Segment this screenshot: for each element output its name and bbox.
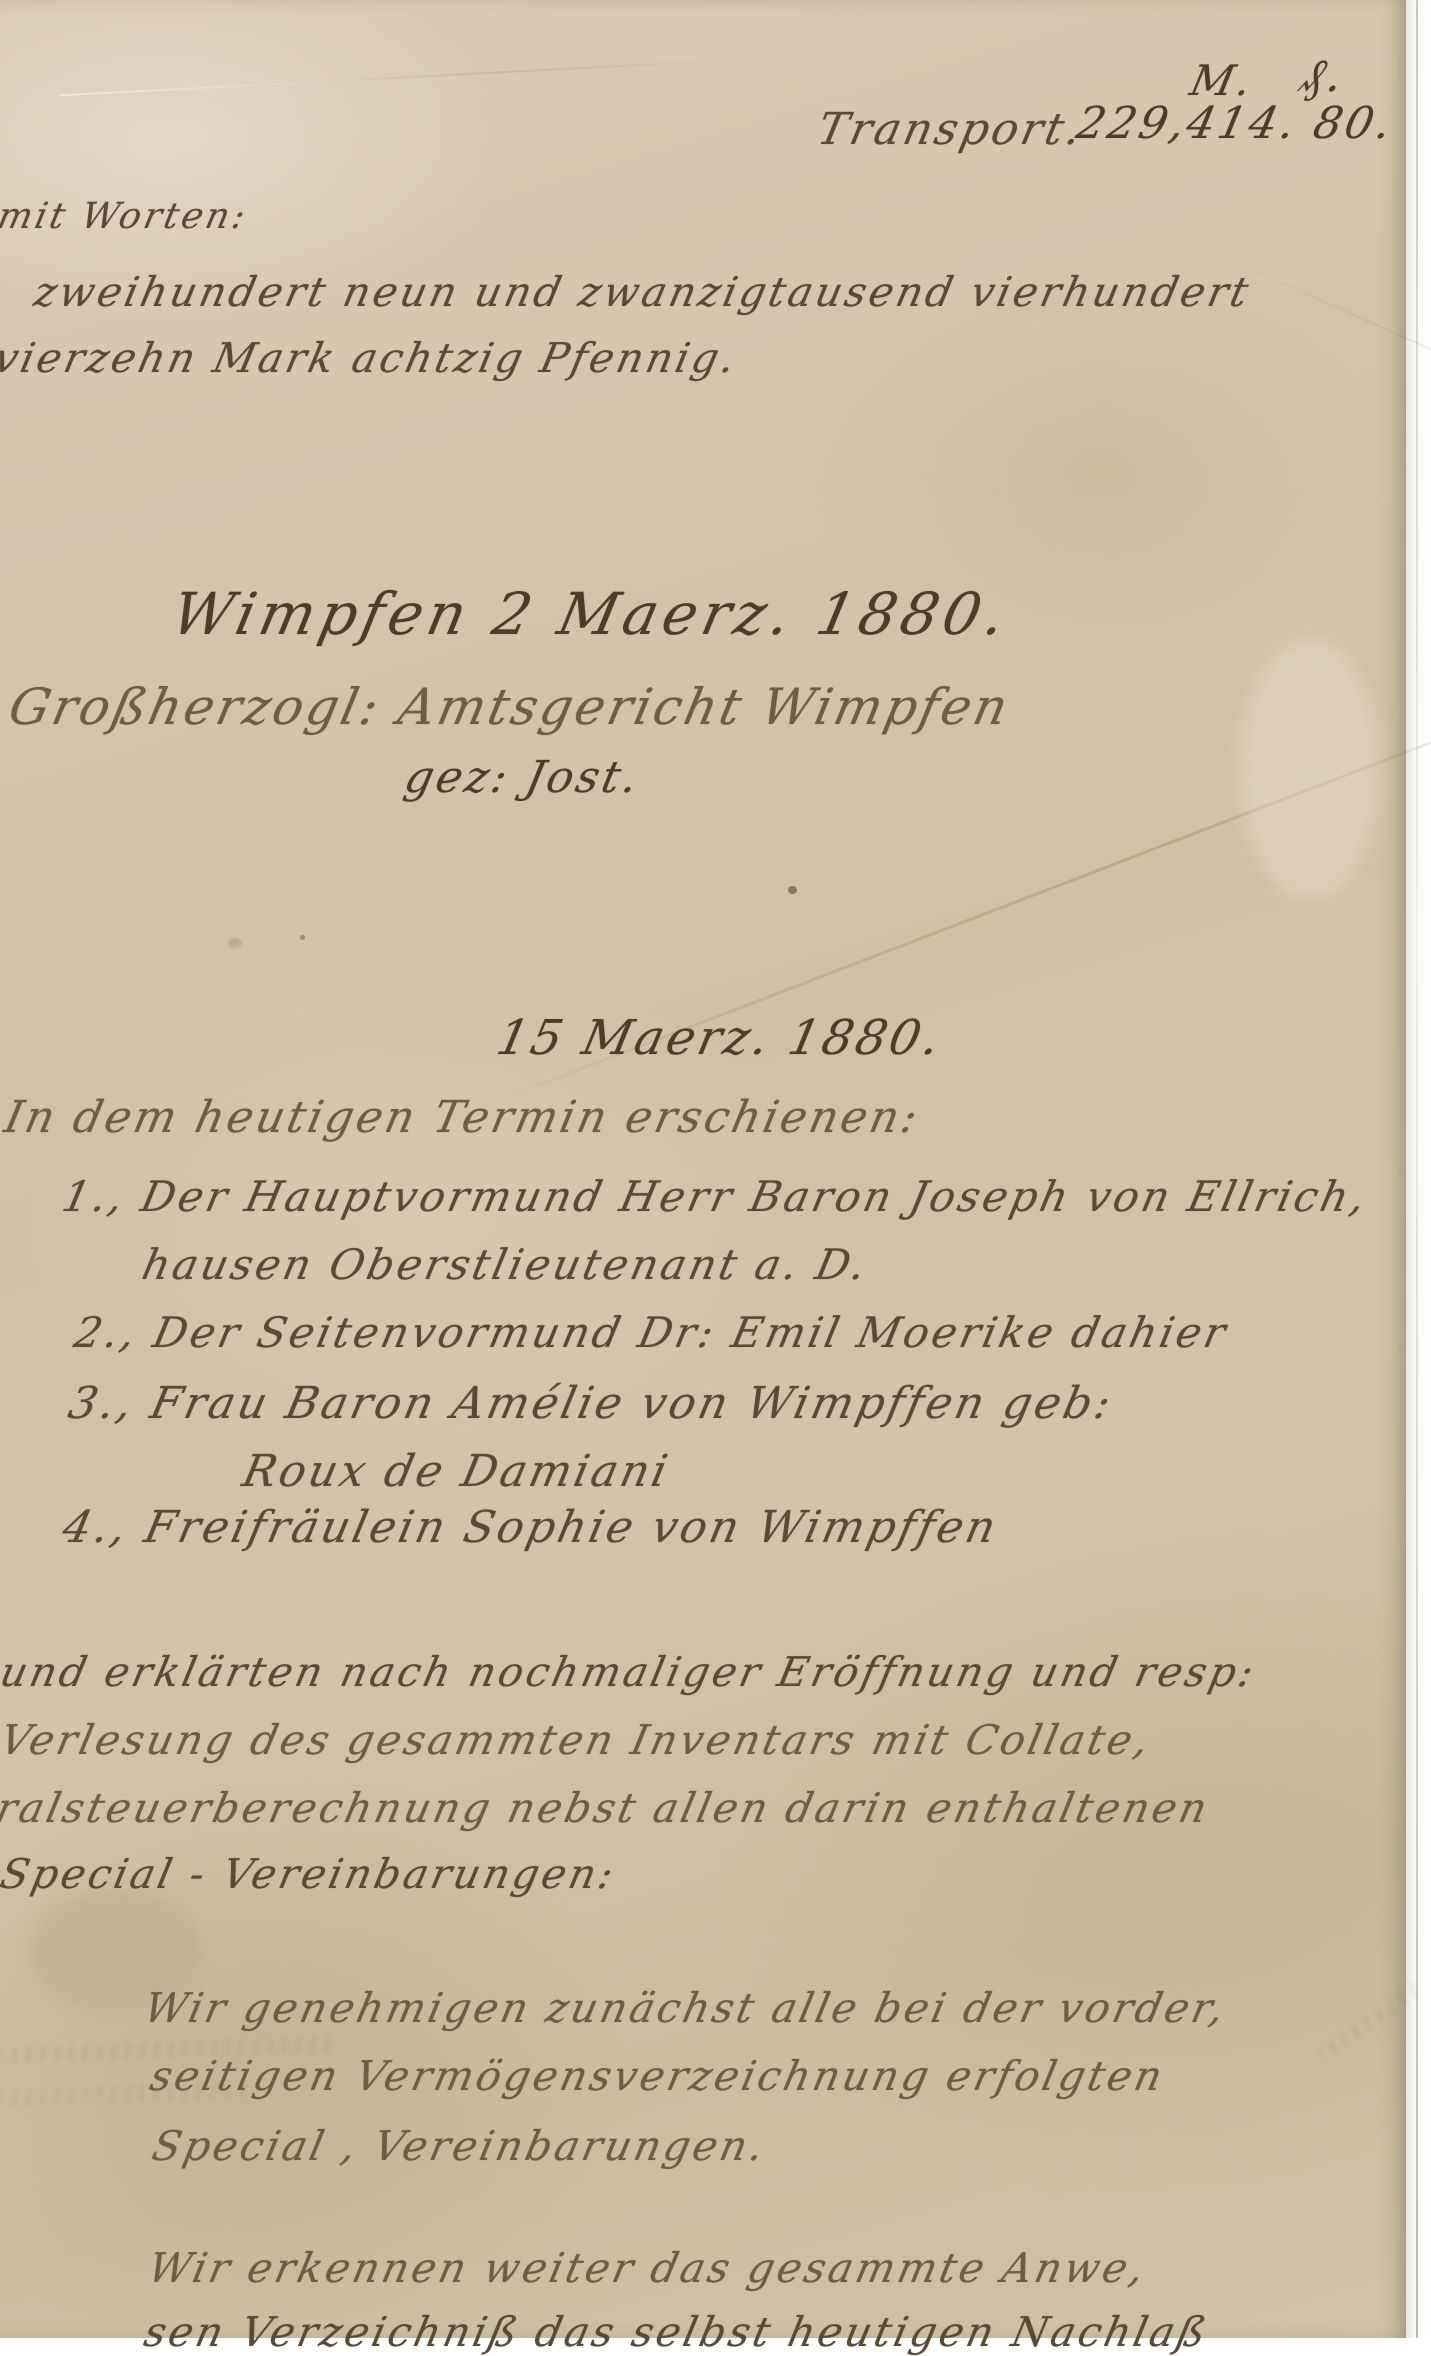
hearing-intro: In dem heutigen Termin erschienen: [0, 1092, 925, 1143]
attendee-text-continued: Roux de Damiani [238, 1446, 675, 1497]
attendee-row: 2., Der Seitenvormund Dr: Emil Moerike d… [70, 1308, 1233, 1357]
attendee-row: 1., Der Hauptvormund Herr Baron Joseph v… [58, 1172, 1373, 1221]
ink-blot [788, 886, 797, 894]
resolution-line: Wir genehmigen zunächst alle bei der vor… [140, 1984, 1232, 2032]
attestation-place-date: Wimpfen 2 Maerz. 1880. [166, 580, 1016, 648]
declaration-line: ralsteuerberechnung nebst allen darin en… [0, 1784, 1214, 1832]
amount-in-words-intro: mit Worten: [0, 196, 252, 237]
hearing-date-heading: 15 Maerz. 1880. [492, 1010, 948, 1066]
declaration-line: Verlesung des gesammten Inventars mit Co… [0, 1716, 1156, 1764]
resolution-line: Special , Vereinbarungen. [148, 2122, 771, 2170]
declaration-line: Special - Vereinbarungen: [0, 1850, 621, 1898]
ink-blot [300, 935, 305, 940]
attendee-text-continued: hausen Oberstlieutenant a. D. [138, 1240, 873, 1289]
attendee-text: Frau Baron Amélie von Wimpffen geb: [146, 1378, 1118, 1429]
resolution-line: seitigen Vermögensverzeichnung erfolgten [146, 2052, 1169, 2100]
attestation-signature: gez: Jost. [400, 752, 645, 803]
attendee-row: 4., Freifräulein Sophie von Wimpffen [58, 1502, 1003, 1553]
attendee-number: 4., [58, 1502, 134, 1553]
resolution-line-cut-off: sen Verzeichniß das selbst heutigen Nach… [140, 2308, 1213, 2338]
attendee-number: 1., [58, 1172, 131, 1221]
transport-amount: 229,414. 80. [1072, 98, 1399, 149]
attendee-text: Freifräulein Sophie von Wimpffen [140, 1502, 1003, 1553]
resolution-line: Wir erkennen weiter das gesammte Anwe, [144, 2244, 1151, 2292]
amount-in-words-line: zweihundert neun und zwanzigtausend vier… [30, 268, 1255, 316]
attendee-text: Der Seitenvormund Dr: Emil Moerike dahie… [149, 1308, 1233, 1357]
attendee-number: 2., [70, 1308, 143, 1357]
declaration-line: und erklärten nach nochmaliger Eröffnung… [0, 1648, 1261, 1696]
transport-label: Transport. [813, 104, 1089, 155]
paper-stain [1240, 640, 1380, 900]
paper-stain [228, 938, 242, 948]
scanned-document: M. ₰. Transport. 229,414. 80. mit Worten… [0, 0, 1431, 2338]
attestation-court: Großherzogl: Amtsgericht Wimpfen [4, 678, 1016, 736]
amount-in-words-line: vierzehn Mark achtzig Pfennig. [0, 334, 742, 382]
attendee-row: 3., Frau Baron Amélie von Wimpffen geb: [64, 1378, 1118, 1429]
attendee-text: Der Hauptvormund Herr Baron Joseph von E… [137, 1172, 1373, 1221]
attendee-number: 3., [64, 1378, 140, 1429]
